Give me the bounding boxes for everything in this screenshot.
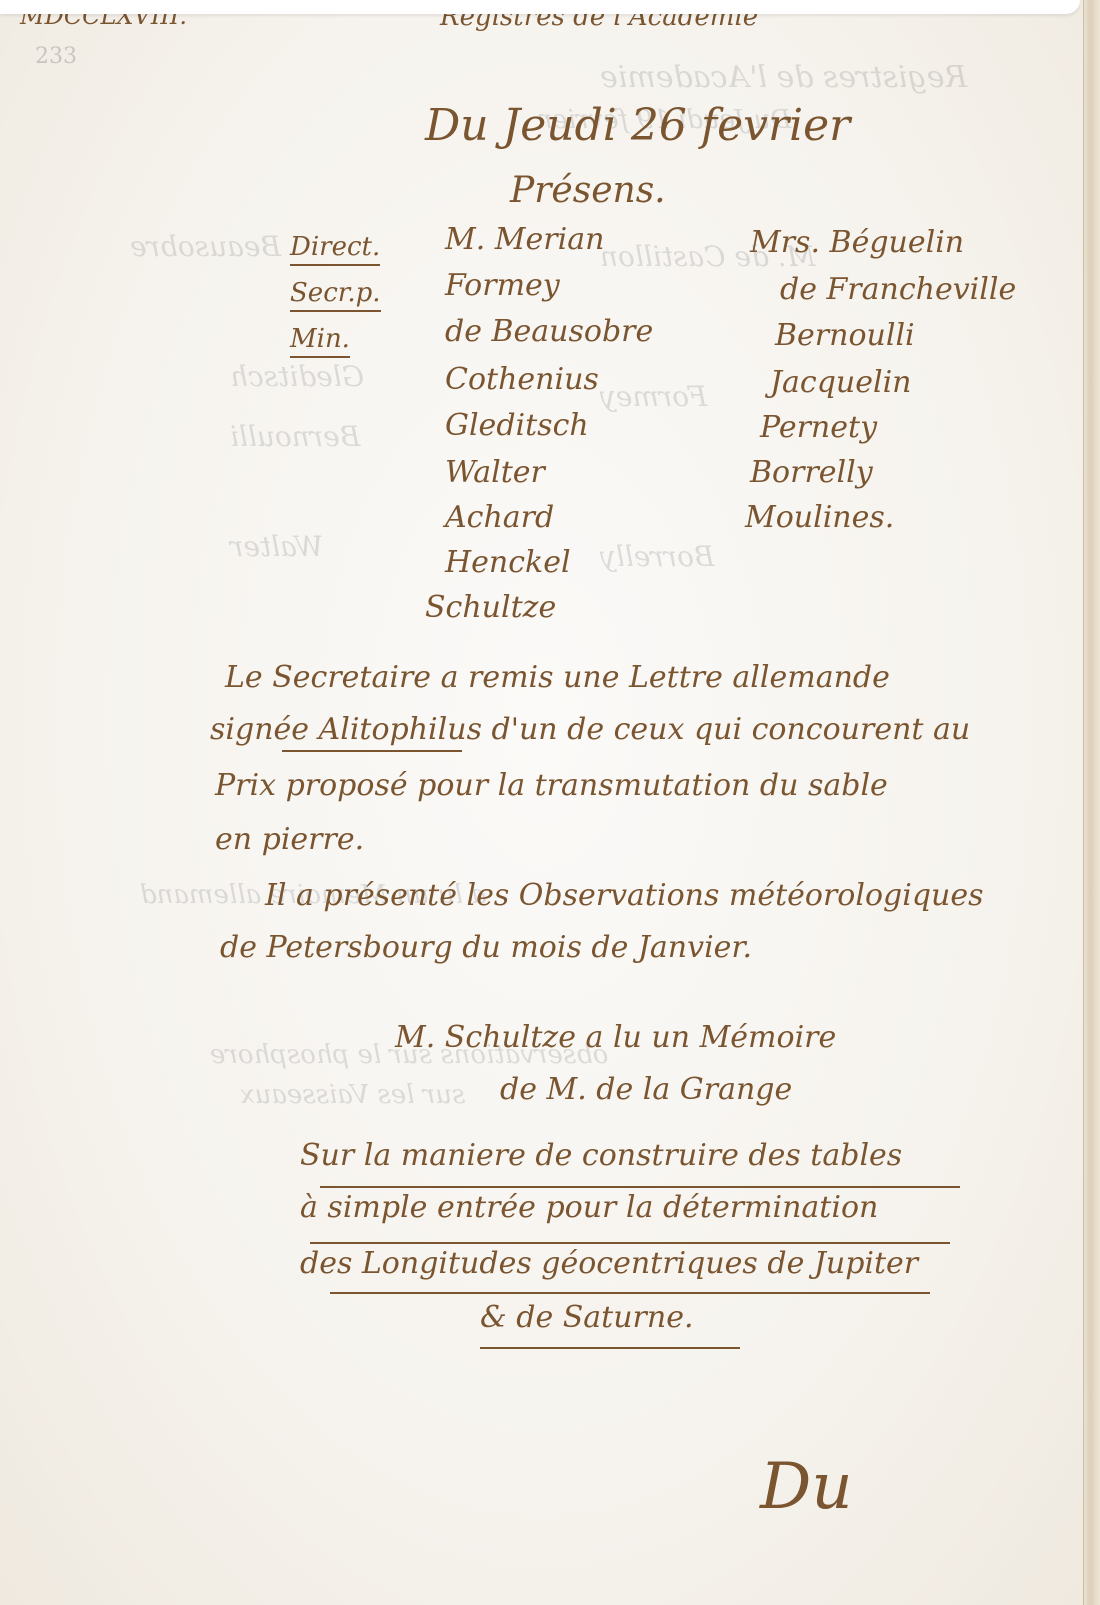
paragraph-line: M. Schultze a lu un Mémoire <box>395 1020 836 1055</box>
attendee: Achard <box>445 500 554 535</box>
memoire-title-line: des Longitudes géocentriques de Jupiter <box>300 1246 918 1281</box>
underline <box>320 1184 960 1188</box>
role-secretary: Secr.p. <box>290 278 381 312</box>
attendee: Henckel <box>445 545 571 580</box>
attendee: Cothenius <box>445 362 599 397</box>
paragraph-line: de M. de la Grange <box>500 1072 792 1107</box>
paragraph-line: Il a présenté les Observations météorolo… <box>265 878 984 913</box>
paragraph-line: Le Secretaire a remis une Lettre alleman… <box>225 660 890 695</box>
attendee: Jacquelin <box>770 365 912 400</box>
page-edge <box>1083 0 1100 1605</box>
presens-label: Présens. <box>510 170 666 211</box>
memoire-title-line: & de Saturne. <box>480 1300 694 1335</box>
paragraph-line: en pierre. <box>215 822 364 857</box>
session-date: Du Jeudi 26 fevrier <box>425 100 850 151</box>
bleedthrough-col: Gleditsch <box>230 360 364 393</box>
attendee: Formey <box>445 268 560 303</box>
attendee: Schultze <box>425 590 556 625</box>
attendee: M. Merian <box>445 222 604 257</box>
role-minister: Min. <box>290 324 350 358</box>
paragraph-line: de Petersbourg du mois de Janvier. <box>220 930 752 965</box>
page-number: 233 <box>35 44 77 69</box>
attendee: Moulines. <box>745 500 894 535</box>
bleedthrough-col: Borrelly <box>600 540 715 573</box>
bleedthrough-col: Bernoulli <box>230 420 360 453</box>
attendee: de Beausobre <box>445 314 653 349</box>
memoire-title-line: à simple entrée pour la détermination <box>300 1190 878 1225</box>
paragraph-line: signée Alitophilus d'un de ceux qui conc… <box>210 712 970 747</box>
attendee: Borrelly <box>750 455 873 490</box>
catchword: Du <box>760 1450 853 1524</box>
underline <box>480 1345 740 1349</box>
paragraph-line: Prix proposé pour la transmutation du sa… <box>215 768 888 803</box>
attendee: Bernoulli <box>775 318 915 353</box>
scan-top-strip <box>0 0 1080 14</box>
bleedthrough-col: Walter <box>230 530 323 563</box>
attendee: Gleditsch <box>445 408 589 443</box>
attendee: de Francheville <box>780 272 1016 307</box>
bleedthrough-col: Beausobre <box>130 230 281 263</box>
underline <box>310 1240 950 1244</box>
attendee: Mrs. Béguelin <box>750 225 964 260</box>
memoire-title-line: Sur la maniere de construire des tables <box>300 1138 902 1173</box>
bleedthrough-line: sur les Vaisseaux <box>240 1080 465 1110</box>
role-director: Direct. <box>290 232 380 266</box>
underline <box>330 1290 930 1294</box>
bleedthrough-header: Registres de l'Academie <box>600 60 967 95</box>
underline-alitophilus <box>282 748 462 752</box>
attendee: Pernety <box>760 410 877 445</box>
attendee: Walter <box>445 455 545 490</box>
bleedthrough-col: Formey <box>600 380 707 413</box>
